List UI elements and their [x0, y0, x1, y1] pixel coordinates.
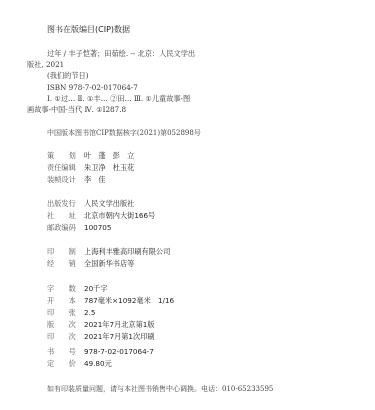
cip-series: (我们的节日)	[27, 70, 212, 81]
credit-key: 装帧设计	[47, 174, 84, 186]
spec-row: 版 次2021年7月北京第1版	[47, 319, 174, 331]
credit-key: 策 划	[47, 150, 84, 162]
pricing-key: 定 价	[47, 358, 84, 370]
publisher-row: 邮政编码100705	[47, 222, 155, 234]
publisher-key: 出版发行	[47, 198, 84, 210]
cip-record: 过年 / 丰子恺著；田茹绘. -- 北京：人民文学出 版社, 2021 (我们的…	[27, 48, 212, 115]
printing-block: 印 制上海利丰雅高印刷有限公司 经 销全国新华书店等	[47, 246, 170, 270]
publisher-block: 出版发行人民文学出版社 社 址北京市朝内大街166号 邮政编码100705	[47, 198, 155, 234]
spec-value: 2.5	[84, 307, 95, 319]
spec-key: 印 次	[47, 331, 84, 343]
spec-key: 印 张	[47, 307, 84, 319]
spec-value: 2021年7月北京第1版	[84, 319, 155, 331]
spec-value: 2021年7月第1次印刷	[84, 331, 155, 343]
printing-row: 经 销全国新华书店等	[47, 258, 170, 270]
spec-value: 787毫米×1092毫米 1/16	[84, 295, 174, 307]
printing-value: 全国新华书店等	[84, 258, 134, 270]
spec-key: 版 次	[47, 319, 84, 331]
credits-block: 策 划叶 蓬 彭 立 责任编辑朱卫净 杜玉花 装帧设计李 佳	[47, 150, 134, 186]
credit-value: 李 佳	[84, 174, 106, 186]
credit-value: 朱卫净 杜玉花	[84, 162, 134, 174]
publisher-row: 社 址北京市朝内大街166号	[47, 210, 155, 222]
publisher-row: 出版发行人民文学出版社	[47, 198, 155, 210]
copyright-page: 图书在版编目(CIP)数据 过年 / 丰子恺著；田茹绘. -- 北京：人民文学出…	[0, 0, 375, 410]
cip-title: 图书在版编目(CIP)数据	[47, 24, 130, 35]
spec-row: 开 本787毫米×1092毫米 1/16	[47, 295, 174, 307]
spec-row: 印 次2021年7月第1次印刷	[47, 331, 174, 343]
printing-row: 印 制上海利丰雅高印刷有限公司	[47, 246, 170, 258]
publisher-key: 邮政编码	[47, 222, 84, 234]
credit-row: 策 划叶 蓬 彭 立	[47, 150, 134, 162]
service-notice: 如有印装质量问题，请与本社图书销售中心调换。电话：010-65233595	[47, 384, 273, 394]
spec-key: 字 数	[47, 283, 84, 295]
cip-line-1: 过年 / 丰子恺著；田茹绘. -- 北京：人民文学出	[27, 48, 212, 59]
credit-row: 责任编辑朱卫净 杜玉花	[47, 162, 134, 174]
cip-isbn: ISBN 978-7-02-017064-7	[27, 82, 212, 93]
publisher-key: 社 址	[47, 210, 84, 222]
credit-value: 叶 蓬 彭 立	[84, 150, 134, 162]
cip-class-1: Ⅰ. ①过… Ⅱ. ①丰… ②田… Ⅲ. ①儿童故事-图	[27, 93, 212, 104]
pricing-key: 书 号	[47, 346, 84, 358]
spec-key: 开 本	[47, 295, 84, 307]
pricing-row: 定 价49.80元	[47, 358, 154, 370]
pricing-row: 书 号978-7-02-017064-7	[47, 346, 154, 358]
credit-row: 装帧设计李 佳	[47, 174, 134, 186]
printing-key: 印 制	[47, 246, 84, 258]
publisher-value: 100705	[84, 222, 111, 234]
printing-value: 上海利丰雅高印刷有限公司	[84, 246, 170, 258]
printing-key: 经 销	[47, 258, 84, 270]
publisher-value: 北京市朝内大街166号	[84, 210, 155, 222]
spec-row: 字 数20千字	[47, 283, 174, 295]
cip-number: 中国版本图书馆CIP数据核字(2021)第052898号	[47, 128, 201, 138]
credit-key: 责任编辑	[47, 162, 84, 174]
pricing-value: 49.80元	[84, 358, 112, 370]
publisher-value: 人民文学出版社	[84, 198, 134, 210]
cip-class-2: 画故事-中国-当代 Ⅳ. ①I287.8	[27, 104, 212, 115]
pricing-value: 978-7-02-017064-7	[84, 346, 154, 358]
specs-block: 字 数20千字 开 本787毫米×1092毫米 1/16 印 张2.5 版 次2…	[47, 283, 174, 343]
spec-value: 20千字	[84, 283, 108, 295]
spec-row: 印 张2.5	[47, 307, 174, 319]
cip-line-2: 版社, 2021	[27, 59, 212, 70]
pricing-block: 书 号978-7-02-017064-7 定 价49.80元	[47, 346, 154, 370]
